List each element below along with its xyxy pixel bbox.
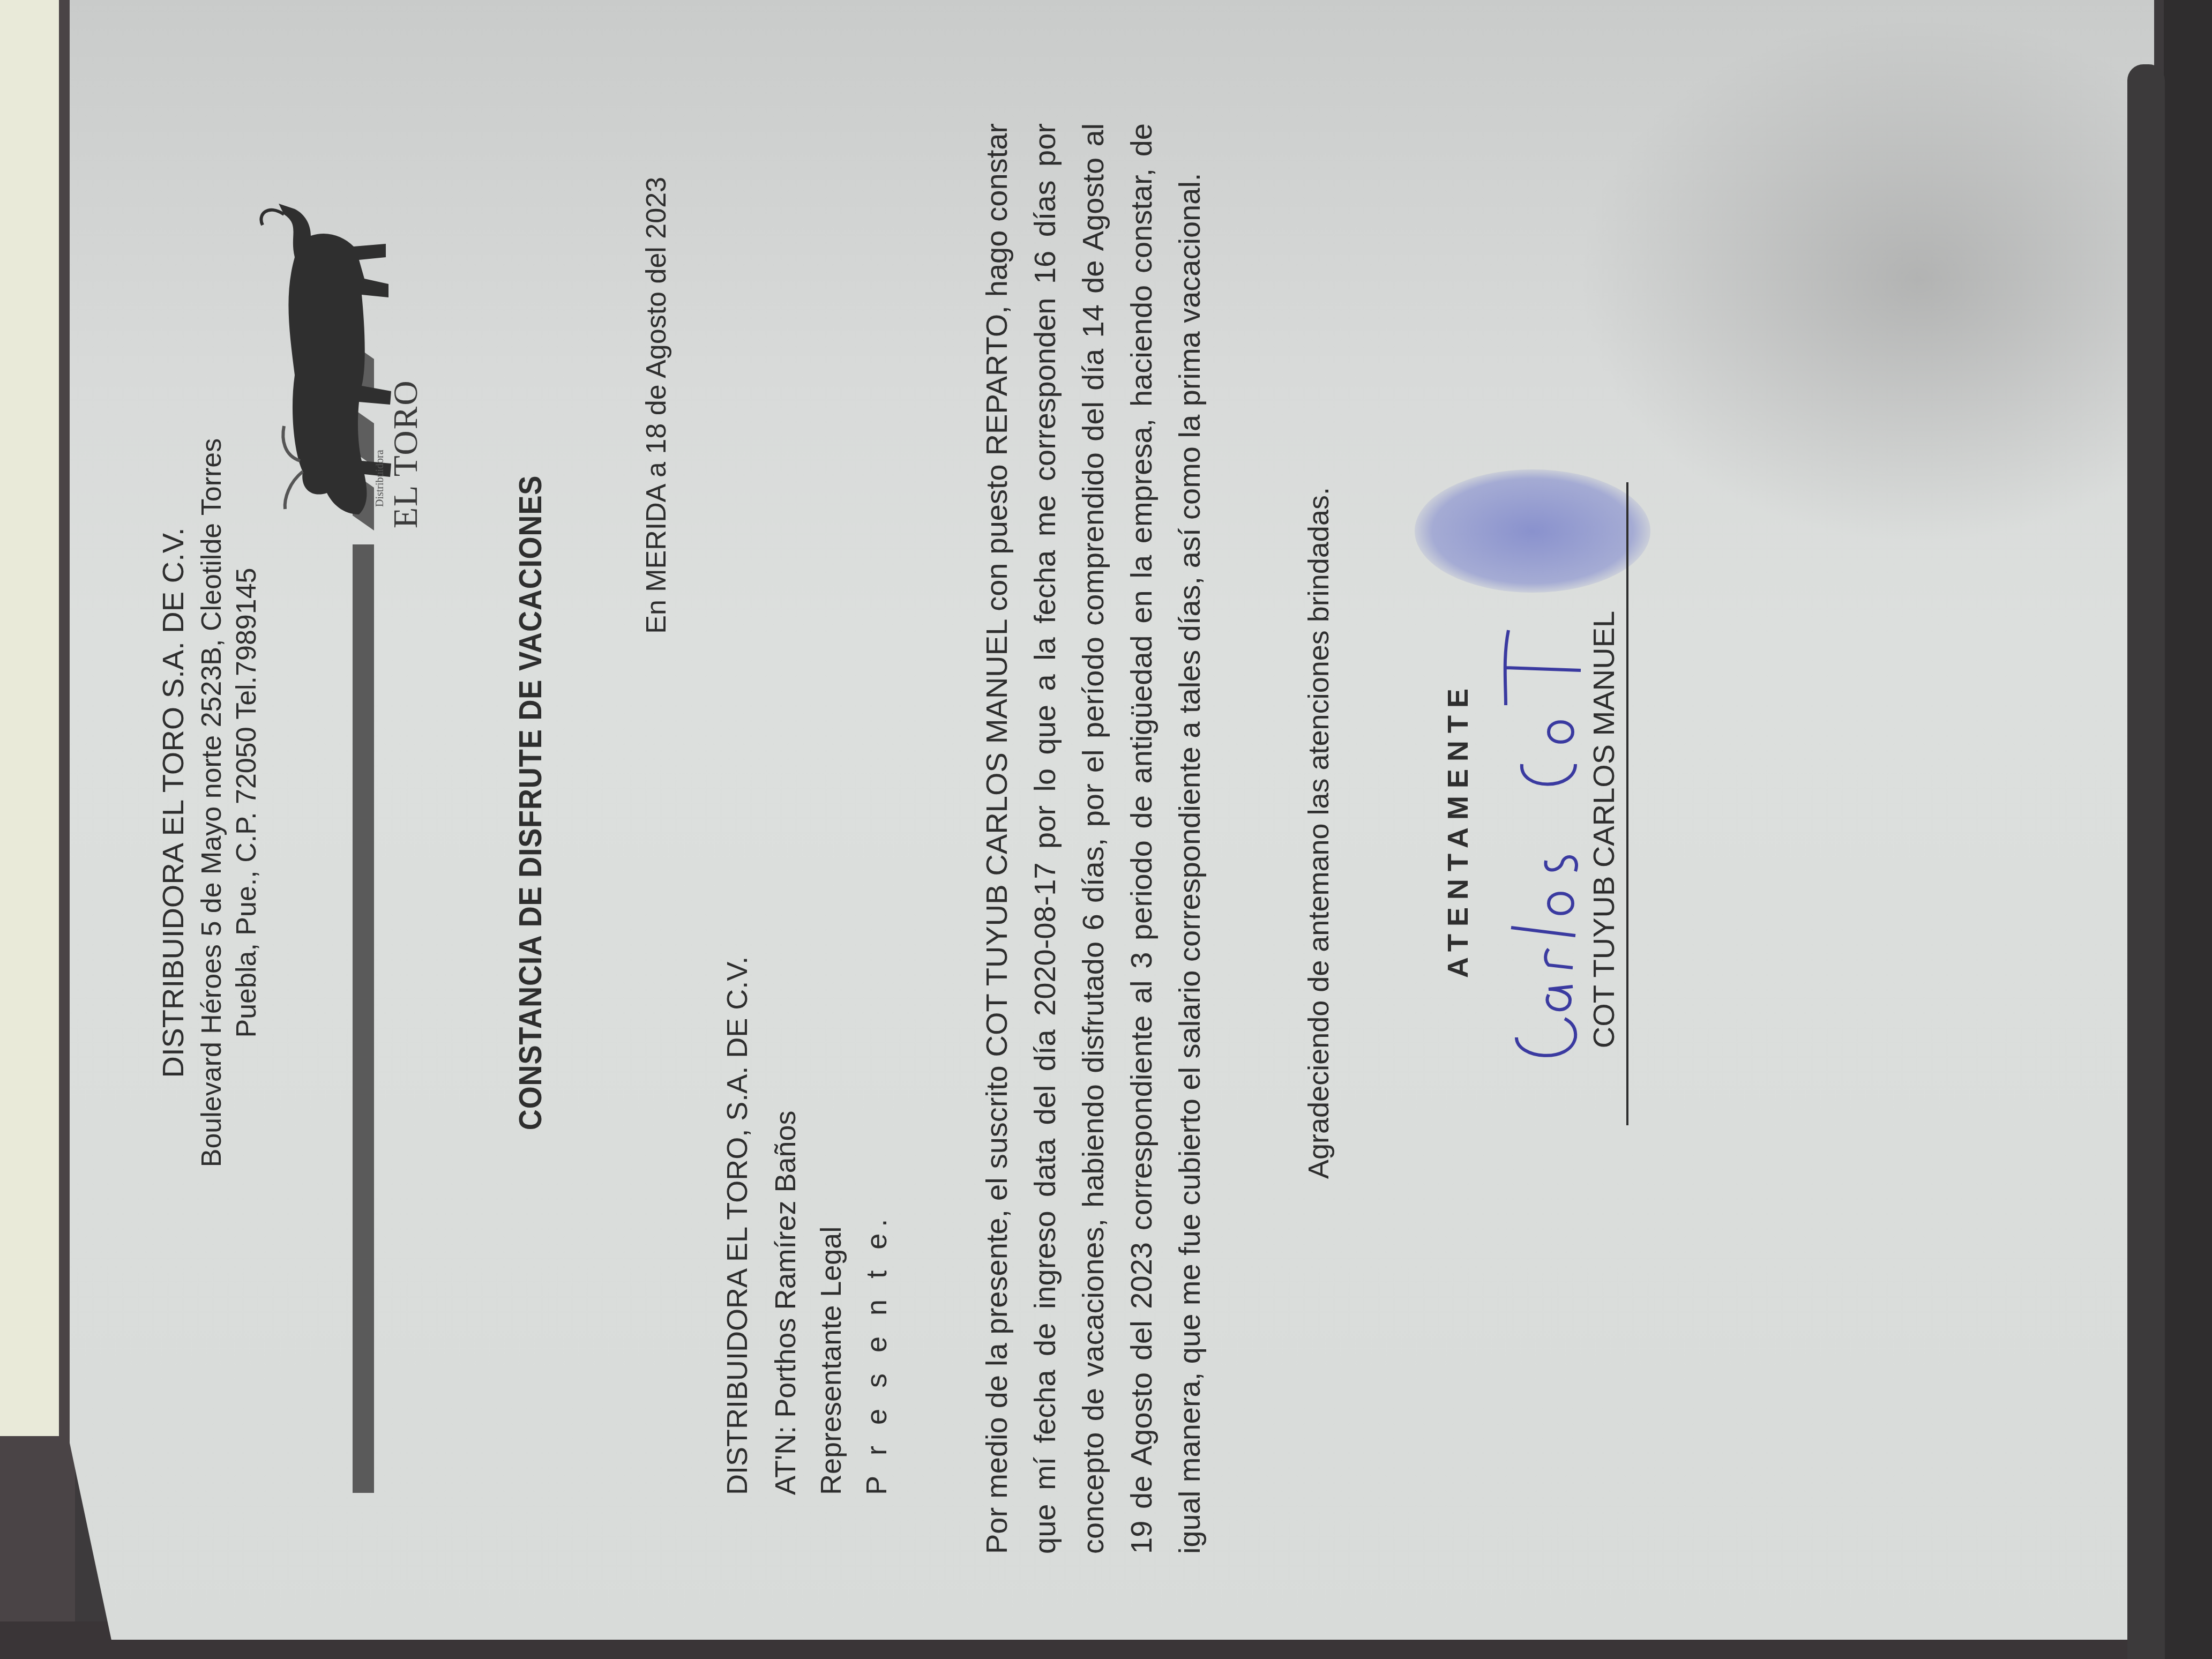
- recipient-attention: AT'N: Porthos Ramírez Baños: [769, 1110, 802, 1495]
- recipient-greeting: P r e s e n t e.: [860, 1213, 893, 1495]
- document-title: CONSTANCIA DE DISFRUTE DE VACACIONES: [512, 32, 549, 1573]
- body-paragraph: Por medio de la presente, el suscrito CO…: [973, 123, 1214, 1554]
- signer-name: COT TUYUB CARLOS MANUEL: [1586, 0, 1621, 1659]
- signature-line: [1626, 482, 1628, 1125]
- handwritten-signature: Carlos CoT: [1495, 539, 1591, 1075]
- letterhead-company: DISTRIBUIDORA EL TORO S.A. DE C.V.: [155, 0, 190, 1659]
- letterhead-address-line1: Boulevard Héroes 5 de Mayo norte 2523B, …: [196, 0, 228, 1659]
- logo-brand-text: EL TORO: [386, 379, 425, 528]
- closing-line: Agradeciendo de antemano las atenciones …: [1302, 487, 1335, 1179]
- sign-off: ATENTAMENTE: [1441, 0, 1475, 1659]
- date-line: En MERIDA a 18 de Agosto del 2023: [640, 177, 672, 634]
- letter-page: DISTRIBUIDORA EL TORO S.A. DE C.V. Boule…: [0, 0, 2212, 1659]
- decorative-bar: [353, 544, 374, 1493]
- logo-small-text: Distribuidora: [374, 450, 386, 507]
- recipient-role: Representante Legal: [814, 1227, 848, 1495]
- recipient-company: DISTRIBUIDORA EL TORO, S.A. DE C.V.: [721, 956, 754, 1495]
